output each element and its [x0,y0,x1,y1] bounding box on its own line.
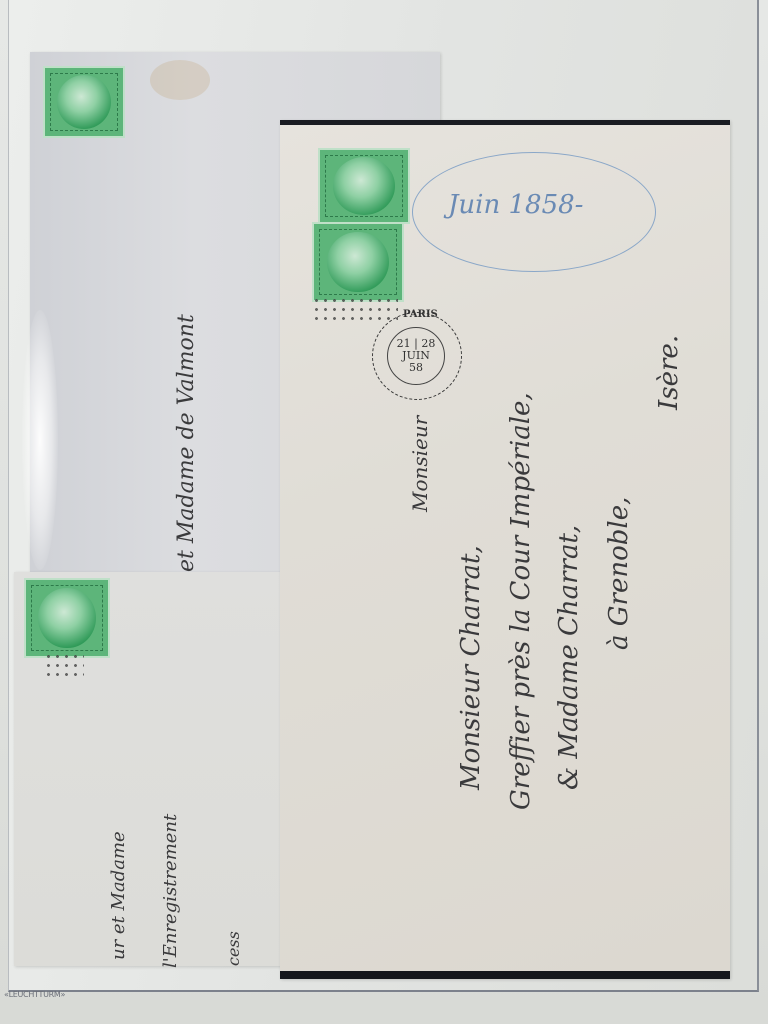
green-napoleon-stamp [43,66,125,138]
paris-postmark: PARIS 21 | 28 JUIN 58 [372,312,462,400]
address-line-3: Greffier près la Cour Impériale, [506,392,536,810]
address-line-2: Monsieur Charrat, [456,545,486,790]
lower-cover-line-2: l'Enregistrement [160,814,181,968]
address-line-6: Isère. [654,335,684,410]
album-brand-label: «LEUCHTTURM» [4,990,65,999]
postmark-city: PARIS [403,309,438,320]
paper-stain [150,60,210,100]
dotted-cancel [312,296,398,326]
address-line-5: à Grenoble, [604,497,634,650]
plastic-glare [22,310,58,570]
lower-cover-line-1: ur et Madame [108,831,129,960]
address-line-1: Monsieur [408,416,432,512]
green-napoleon-stamp-bottom [312,222,404,302]
address-line-4: & Madame Charrat, [554,525,584,790]
postmark-year: 58 [409,362,423,374]
pencil-date-note: Juin 1858- [448,190,583,220]
upper-cover-address: et Madame de Valmont [174,314,199,572]
green-napoleon-stamp-top [318,148,410,224]
green-napoleon-stamp [24,578,110,658]
dotted-cancel [44,652,84,682]
lower-cover-line-3: cess [224,931,243,966]
